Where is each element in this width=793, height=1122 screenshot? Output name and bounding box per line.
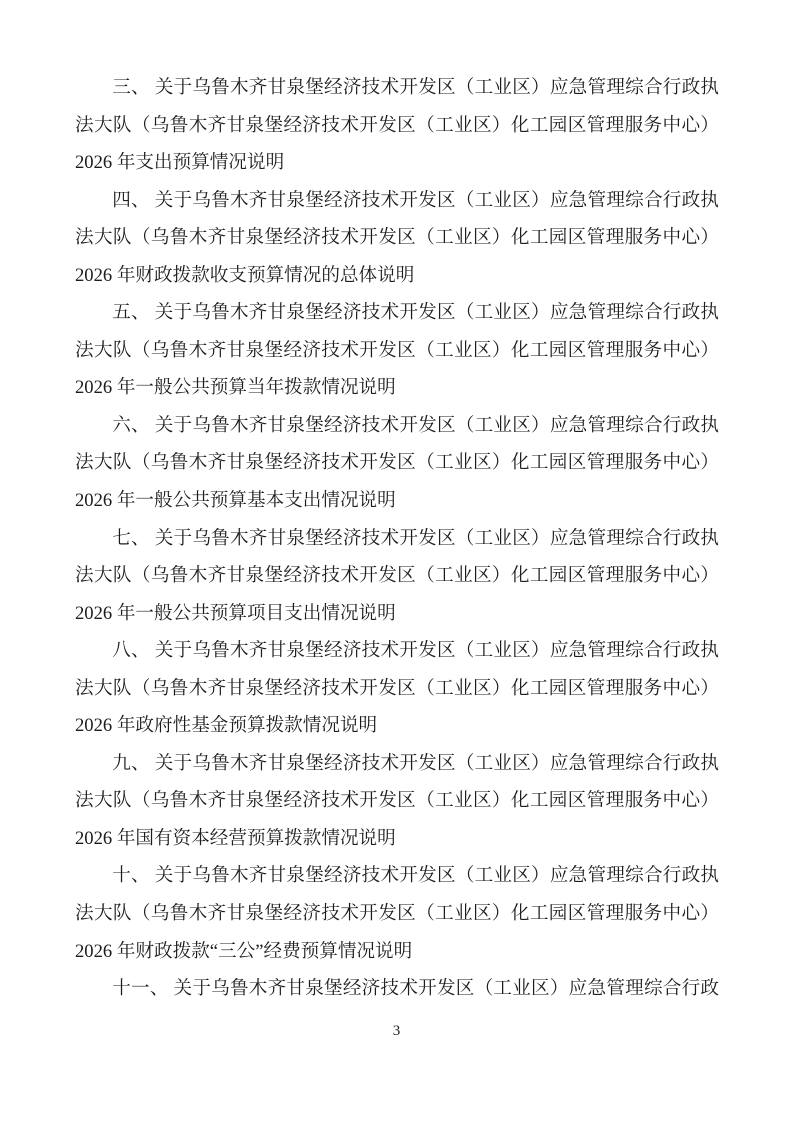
toc-item: 八、 关于乌鲁木齐甘泉堡经济技术开发区（工业区）应急管理综合行政执法大队（乌鲁木… [75, 632, 719, 745]
toc-line: 法大队（乌鲁木齐甘泉堡经济技术开发区（工业区）化工园区管理服务中心） [75, 782, 719, 820]
toc-line: 2026 年国有资本经营预算拨款情况说明 [75, 820, 719, 858]
toc-item: 七、 关于乌鲁木齐甘泉堡经济技术开发区（工业区）应急管理综合行政执法大队（乌鲁木… [75, 520, 719, 633]
toc-line: 法大队（乌鲁木齐甘泉堡经济技术开发区（工业区）化工园区管理服务中心） [75, 670, 719, 708]
toc-line: 十一、 关于乌鲁木齐甘泉堡经济技术开发区（工业区）应急管理综合行政 [75, 970, 719, 1008]
document-page: 三、 关于乌鲁木齐甘泉堡经济技术开发区（工业区）应急管理综合行政执法大队（乌鲁木… [0, 0, 793, 1122]
toc-item: 十、 关于乌鲁木齐甘泉堡经济技术开发区（工业区）应急管理综合行政执法大队（乌鲁木… [75, 857, 719, 970]
toc-line: 2026 年一般公共预算基本支出情况说明 [75, 482, 719, 520]
toc-line: 五、 关于乌鲁木齐甘泉堡经济技术开发区（工业区）应急管理综合行政执 [75, 294, 719, 332]
toc-item: 三、 关于乌鲁木齐甘泉堡经济技术开发区（工业区）应急管理综合行政执法大队（乌鲁木… [75, 69, 719, 182]
toc-item: 十一、 关于乌鲁木齐甘泉堡经济技术开发区（工业区）应急管理综合行政 [75, 970, 719, 1008]
page-footer: 3 [0, 1022, 793, 1040]
toc-line: 2026 年支出预算情况说明 [75, 144, 719, 182]
page-number: 3 [393, 1023, 401, 1039]
toc-line: 2026 年财政拨款收支预算情况的总体说明 [75, 257, 719, 295]
toc-line: 七、 关于乌鲁木齐甘泉堡经济技术开发区（工业区）应急管理综合行政执 [75, 520, 719, 558]
toc-item: 五、 关于乌鲁木齐甘泉堡经济技术开发区（工业区）应急管理综合行政执法大队（乌鲁木… [75, 294, 719, 407]
toc-list: 三、 关于乌鲁木齐甘泉堡经济技术开发区（工业区）应急管理综合行政执法大队（乌鲁木… [75, 69, 719, 1008]
toc-line: 法大队（乌鲁木齐甘泉堡经济技术开发区（工业区）化工园区管理服务中心） [75, 332, 719, 370]
toc-line: 九、 关于乌鲁木齐甘泉堡经济技术开发区（工业区）应急管理综合行政执 [75, 745, 719, 783]
toc-item: 四、 关于乌鲁木齐甘泉堡经济技术开发区（工业区）应急管理综合行政执法大队（乌鲁木… [75, 182, 719, 295]
toc-line: 八、 关于乌鲁木齐甘泉堡经济技术开发区（工业区）应急管理综合行政执 [75, 632, 719, 670]
toc-line: 四、 关于乌鲁木齐甘泉堡经济技术开发区（工业区）应急管理综合行政执 [75, 182, 719, 220]
toc-line: 2026 年财政拨款“三公”经费预算情况说明 [75, 933, 719, 971]
toc-item: 六、 关于乌鲁木齐甘泉堡经济技术开发区（工业区）应急管理综合行政执法大队（乌鲁木… [75, 407, 719, 520]
toc-item: 九、 关于乌鲁木齐甘泉堡经济技术开发区（工业区）应急管理综合行政执法大队（乌鲁木… [75, 745, 719, 858]
toc-line: 法大队（乌鲁木齐甘泉堡经济技术开发区（工业区）化工园区管理服务中心） [75, 895, 719, 933]
toc-line: 十、 关于乌鲁木齐甘泉堡经济技术开发区（工业区）应急管理综合行政执 [75, 857, 719, 895]
toc-line: 法大队（乌鲁木齐甘泉堡经济技术开发区（工业区）化工园区管理服务中心） [75, 444, 719, 482]
toc-line: 2026 年一般公共预算项目支出情况说明 [75, 595, 719, 633]
toc-line: 法大队（乌鲁木齐甘泉堡经济技术开发区（工业区）化工园区管理服务中心） [75, 219, 719, 257]
toc-line: 2026 年政府性基金预算拨款情况说明 [75, 707, 719, 745]
toc-line: 六、 关于乌鲁木齐甘泉堡经济技术开发区（工业区）应急管理综合行政执 [75, 407, 719, 445]
toc-line: 法大队（乌鲁木齐甘泉堡经济技术开发区（工业区）化工园区管理服务中心） [75, 107, 719, 145]
toc-line: 三、 关于乌鲁木齐甘泉堡经济技术开发区（工业区）应急管理综合行政执 [75, 69, 719, 107]
toc-line: 法大队（乌鲁木齐甘泉堡经济技术开发区（工业区）化工园区管理服务中心） [75, 557, 719, 595]
toc-line: 2026 年一般公共预算当年拨款情况说明 [75, 369, 719, 407]
